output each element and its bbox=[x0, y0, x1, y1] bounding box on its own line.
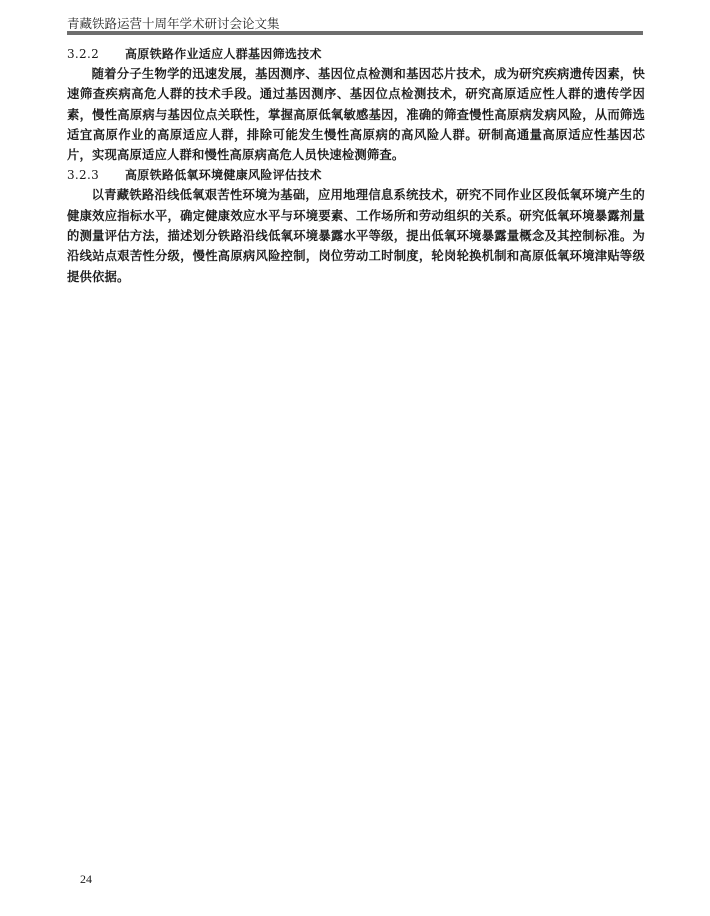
section-paragraph: 以青藏铁路沿线低氧艰苦性环境为基础，应用地理信息系统技术，研究不同作业区段低氧环… bbox=[67, 185, 645, 286]
section-heading-3-2-3: 3.2.3高原铁路低氧环境健康风险评估技术 bbox=[67, 165, 645, 185]
section-number: 3.2.2 bbox=[67, 44, 125, 64]
page-content: 3.2.2高原铁路作业适应人群基因筛选技术 随着分子生物学的迅速发展，基因测序、… bbox=[67, 44, 645, 287]
page-number: 24 bbox=[80, 872, 92, 887]
section-title: 高原铁路作业适应人群基因筛选技术 bbox=[125, 47, 322, 61]
section-paragraph: 随着分子生物学的迅速发展，基因测序、基因位点检测和基因芯片技术，成为研究疾病遗传… bbox=[67, 64, 645, 165]
header-rule bbox=[67, 31, 643, 35]
section-heading-3-2-2: 3.2.2高原铁路作业适应人群基因筛选技术 bbox=[67, 44, 645, 64]
section-title: 高原铁路低氧环境健康风险评估技术 bbox=[125, 168, 322, 182]
section-number: 3.2.3 bbox=[67, 165, 125, 185]
running-header: 青藏铁路运营十周年学术研讨会论文集 bbox=[67, 14, 280, 32]
